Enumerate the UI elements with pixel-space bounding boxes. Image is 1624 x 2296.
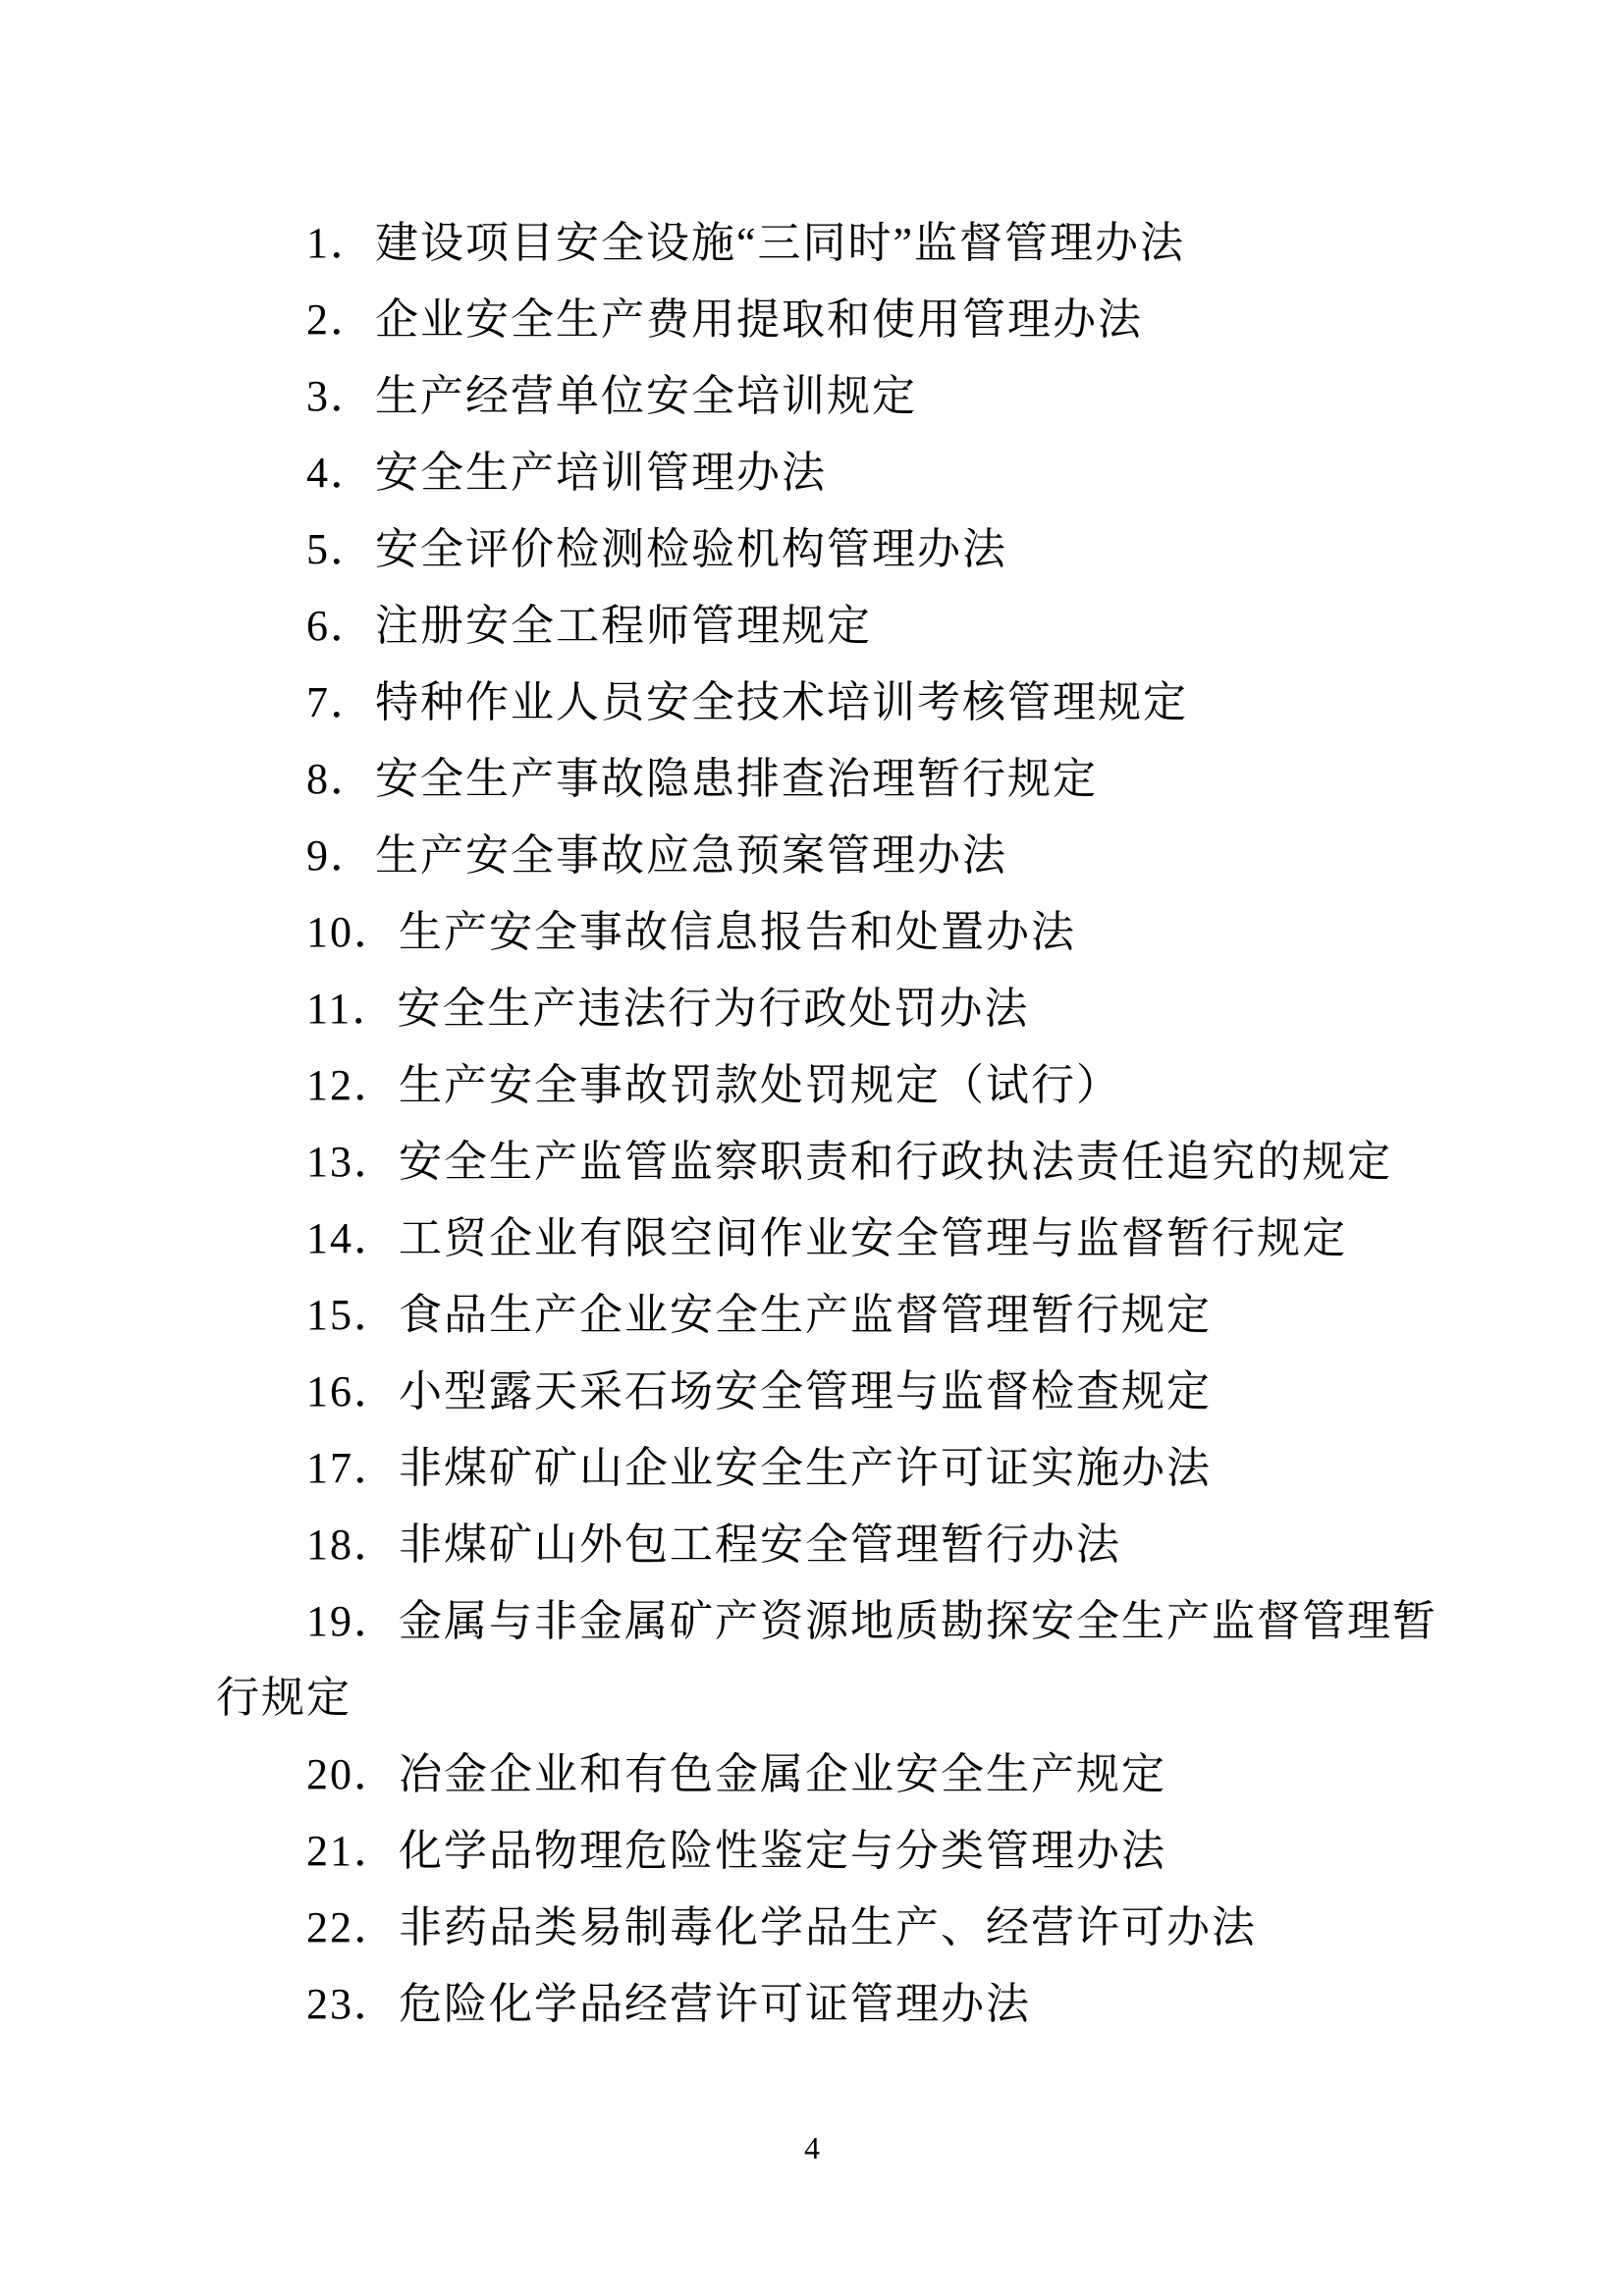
list-item: 17．非煤矿矿山企业安全生产许可证实施办法 <box>216 1430 1443 1507</box>
list-item: 11．安全生产违法行为行政处罚办法 <box>216 971 1443 1047</box>
item-number: 8． <box>306 755 375 803</box>
item-title: 非煤矿山外包工程安全管理暂行办法 <box>399 1521 1121 1569</box>
item-title: 冶金企业和有色金属企业安全生产规定 <box>399 1750 1166 1798</box>
list-item: 5．安全评价检测检验机构管理办法 <box>216 511 1443 588</box>
item-number: 17． <box>306 1444 399 1492</box>
item-number: 1． <box>306 219 375 267</box>
item-number: 3． <box>306 372 375 420</box>
list-item: 12．生产安全事故罚款处罚规定（试行） <box>216 1047 1443 1124</box>
list-item: 8．安全生产事故隐患排查治理暂行规定 <box>216 741 1443 818</box>
item-number: 11． <box>306 985 397 1033</box>
item-number: 18． <box>306 1521 399 1569</box>
page-number: 4 <box>804 2130 820 2165</box>
item-title: 建设项目安全设施“三同时”监督管理办法 <box>375 219 1185 267</box>
list-item: 20．冶金企业和有色金属企业安全生产规定 <box>216 1736 1443 1813</box>
item-title: 食品生产企业安全生产监督管理暂行规定 <box>399 1291 1212 1339</box>
item-title: 安全生产违法行为行政处罚办法 <box>397 985 1029 1033</box>
document-page: 1．建设项目安全设施“三同时”监督管理办法2．企业安全生产费用提取和使用管理办法… <box>0 0 1624 2296</box>
item-title: 非药品类易制毒化学品生产、经营许可办法 <box>399 1903 1257 1951</box>
item-number: 10． <box>306 908 399 956</box>
item-title: 安全评价检测检验机构管理办法 <box>375 525 1007 573</box>
item-number: 14． <box>306 1214 399 1262</box>
item-number: 12． <box>306 1061 399 1109</box>
item-title: 危险化学品经营许可证管理办法 <box>399 1980 1031 2028</box>
item-title: 特种作业人员安全技术培训考核管理规定 <box>375 678 1188 726</box>
item-title: 注册安全工程师管理规定 <box>375 602 872 650</box>
item-title: 安全生产监管监察职责和行政执法责任追究的规定 <box>399 1138 1392 1186</box>
list-item: 3．生产经营单位安全培训规定 <box>216 358 1443 435</box>
item-number: 21． <box>306 1827 399 1875</box>
list-item: 9．生产安全事故应急预案管理办法 <box>216 818 1443 894</box>
list-item: 4．安全生产培训管理办法 <box>216 435 1443 511</box>
list-item: 16．小型露天采石场安全管理与监督检查规定 <box>216 1354 1443 1430</box>
item-number: 5． <box>306 525 375 573</box>
list-item: 19．金属与非金属矿产资源地质勘探安全生产监督管理暂行规定 <box>216 1583 1443 1736</box>
list-item: 18．非煤矿山外包工程安全管理暂行办法 <box>216 1507 1443 1583</box>
item-number: 13． <box>306 1138 399 1186</box>
regulation-list: 1．建设项目安全设施“三同时”监督管理办法2．企业安全生产费用提取和使用管理办法… <box>216 205 1443 2043</box>
item-number: 2． <box>306 295 375 344</box>
item-number: 16． <box>306 1367 399 1415</box>
list-item: 23．危险化学品经营许可证管理办法 <box>216 1966 1443 2043</box>
item-number: 4． <box>306 449 375 497</box>
list-item: 15．食品生产企业安全生产监督管理暂行规定 <box>216 1277 1443 1354</box>
item-title: 小型露天采石场安全管理与监督检查规定 <box>399 1367 1212 1415</box>
item-number: 6． <box>306 602 375 650</box>
item-title: 安全生产培训管理办法 <box>375 449 827 497</box>
item-number: 15． <box>306 1291 399 1339</box>
item-title: 生产安全事故应急预案管理办法 <box>375 831 1007 880</box>
item-number: 22． <box>306 1903 399 1951</box>
item-title: 安全生产事故隐患排查治理暂行规定 <box>375 755 1098 803</box>
item-number: 23． <box>306 1980 399 2028</box>
item-title: 生产经营单位安全培训规定 <box>375 372 917 420</box>
item-number: 20． <box>306 1750 399 1798</box>
item-title: 金属与非金属矿产资源地质勘探安全生产监督管理暂行规定 <box>216 1597 1437 1722</box>
page-footer: 4 <box>0 2132 1624 2163</box>
list-item: 21．化学品物理危险性鉴定与分类管理办法 <box>216 1813 1443 1890</box>
item-title: 工贸企业有限空间作业安全管理与监督暂行规定 <box>399 1214 1347 1262</box>
item-number: 19． <box>306 1597 399 1645</box>
item-title: 生产安全事故信息报告和处置办法 <box>399 908 1076 956</box>
list-item: 10．生产安全事故信息报告和处置办法 <box>216 894 1443 971</box>
item-title: 生产安全事故罚款处罚规定（试行） <box>399 1061 1121 1109</box>
item-title: 企业安全生产费用提取和使用管理办法 <box>375 295 1143 344</box>
item-title: 非煤矿矿山企业安全生产许可证实施办法 <box>399 1444 1212 1492</box>
item-title: 化学品物理危险性鉴定与分类管理办法 <box>399 1827 1166 1875</box>
list-item: 6．注册安全工程师管理规定 <box>216 588 1443 665</box>
list-item: 22．非药品类易制毒化学品生产、经营许可办法 <box>216 1890 1443 1966</box>
list-item: 1．建设项目安全设施“三同时”监督管理办法 <box>216 205 1443 282</box>
item-number: 9． <box>306 831 375 880</box>
list-item: 13．安全生产监管监察职责和行政执法责任追究的规定 <box>216 1124 1443 1201</box>
list-item: 14．工贸企业有限空间作业安全管理与监督暂行规定 <box>216 1201 1443 1277</box>
list-item: 7．特种作业人员安全技术培训考核管理规定 <box>216 665 1443 741</box>
list-item: 2．企业安全生产费用提取和使用管理办法 <box>216 282 1443 358</box>
item-number: 7． <box>306 678 375 726</box>
